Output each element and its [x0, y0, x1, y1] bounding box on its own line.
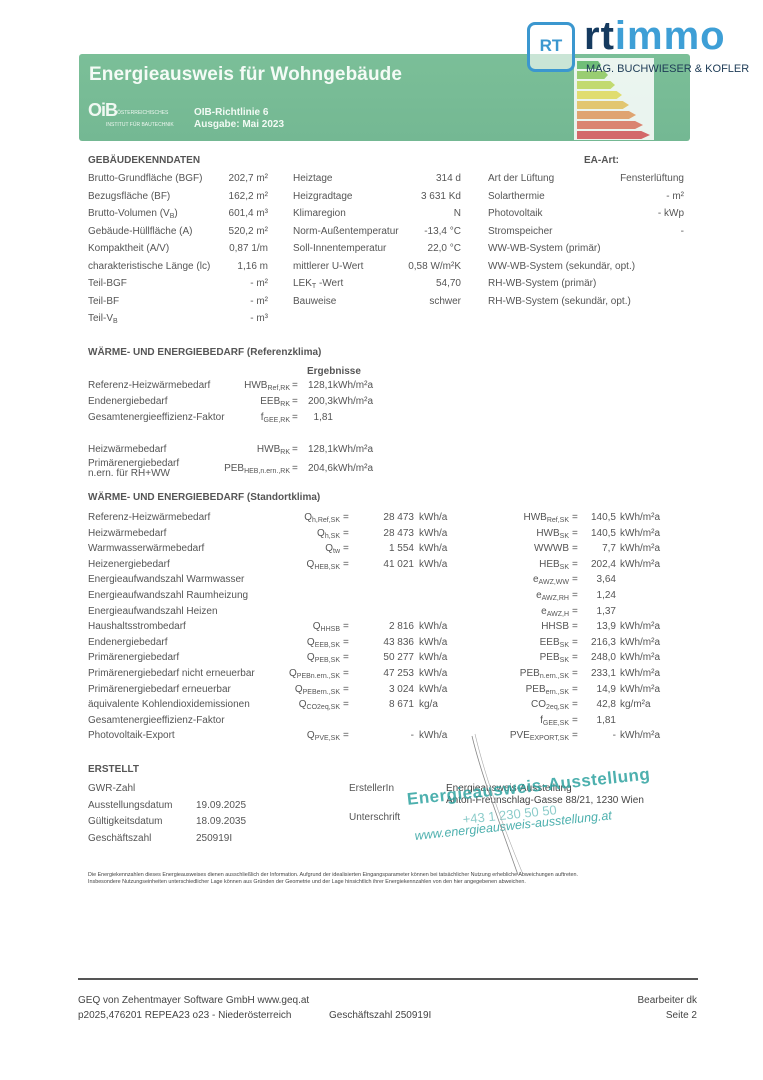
- data-value: 3 631 Kd: [421, 188, 461, 206]
- s-value: 13,9: [597, 619, 616, 635]
- footer-page: Seite 2: [666, 1010, 697, 1021]
- data-value: schwer: [429, 293, 461, 311]
- q-value: 28 473: [383, 526, 414, 542]
- gebaeudekenndaten-col2: Heiztage314 dHeizgradtage3 631 KdKlimare…: [293, 170, 461, 310]
- data-value: 520,2 m²: [229, 223, 268, 241]
- erstellt-row: Ausstellungsdatum19.09.2025: [88, 798, 288, 815]
- section-heading-erstellt: ERSTELLT: [88, 764, 139, 775]
- document-title: Energieausweis für Wohngebäude: [89, 64, 402, 86]
- data-label: RH-WB-System (sekundär, opt.): [488, 293, 631, 311]
- data-row: Norm-Außentemperatur-13,4 °C: [293, 223, 461, 241]
- erstellt-value: 18.09.2035: [196, 814, 246, 831]
- data-row: RH-WB-System (primär): [488, 275, 684, 293]
- standort-label: Energieaufwandszahl Warmwasser: [88, 572, 244, 588]
- data-label: Photovoltaik: [488, 205, 542, 223]
- oib-institute-line2: Institut für Bautechnik: [106, 122, 174, 128]
- data-row: Heizgradtage3 631 Kd: [293, 188, 461, 206]
- data-value: 0,58 W/m²K: [408, 258, 461, 276]
- section-heading-gebaeudekenndaten: GEBÄUDEKENNDATEN: [88, 155, 200, 166]
- s-value: 140,5: [591, 510, 616, 526]
- s-value: 216,3: [591, 635, 616, 651]
- data-row: RH-WB-System (sekundär, opt.): [488, 293, 684, 311]
- result-value: 1,81: [314, 410, 333, 426]
- footer-case-number: Geschäftszahl 250919I: [329, 1010, 431, 1021]
- q-value: 1 554: [389, 541, 414, 557]
- standort-row: Energieaufwandszahl RaumheizungeAWZ,RH=1…: [88, 588, 658, 604]
- gebaeudekenndaten-col3: Art der LüftungFensterlüftungSolarthermi…: [488, 170, 684, 310]
- s-symbol: WWWB: [534, 541, 569, 557]
- data-value: 54,70: [436, 275, 461, 293]
- result-unit: kWh/m²a: [333, 378, 373, 394]
- result-row: Referenz-HeizwärmebedarfHWBRef,RK=128,1k…: [88, 378, 388, 394]
- data-label: Art der Lüftung: [488, 170, 554, 188]
- erstellt-label: Ausstellungsdatum: [88, 798, 173, 815]
- energy-scale-bar: [577, 111, 636, 119]
- equals: =: [572, 526, 578, 542]
- result-row: Gesamtenergieeffizienz-FaktorfGEE,RK=1,8…: [88, 410, 388, 426]
- q-unit: kWh/a: [419, 557, 447, 573]
- standort-row: HeizenergiebedarfQHEB,SK=41 021kWh/aHEBS…: [88, 557, 658, 573]
- equals: =: [572, 510, 578, 526]
- data-row: Kompaktheit (A/V)0,87 1/m: [88, 240, 268, 258]
- q-unit: kWh/a: [419, 619, 447, 635]
- data-label: Heizgradtage: [293, 188, 352, 206]
- result-value: 128,1: [308, 442, 333, 458]
- equals: =: [572, 604, 578, 620]
- result-label: Gesamtenergieeffizienz-Faktor: [88, 410, 225, 426]
- equals: =: [292, 461, 298, 477]
- s-value: 42,8: [597, 697, 616, 713]
- standort-row: äquivalente KohlendioxidemissionenQCO2eq…: [88, 697, 658, 713]
- s-value: 1,24: [597, 588, 616, 604]
- standort-row: Primärenergiebedarf nicht erneuerbarQPEB…: [88, 666, 658, 682]
- result-unit: kWh/m²a: [333, 442, 373, 458]
- data-value: - m²: [250, 275, 268, 293]
- result-value: 128,1: [308, 378, 333, 394]
- guideline: OIB-Richtlinie 6: [194, 107, 284, 119]
- s-value: 3,64: [597, 572, 616, 588]
- result-value: 204,6: [308, 461, 333, 477]
- s-value: 202,4: [591, 557, 616, 573]
- data-label: Kompaktheit (A/V): [88, 240, 169, 258]
- data-label: Stromspeicher: [488, 223, 552, 241]
- equals: =: [343, 728, 349, 744]
- data-value: - kWp: [658, 205, 684, 223]
- brand-subtitle: MAG. BUCHWIESER & KOFLER: [586, 63, 749, 75]
- s-unit: kg/m²a: [620, 697, 651, 713]
- standort-row: Photovoltaik-ExportQPVE,SK=-kWh/aPVEEXPO…: [88, 728, 658, 744]
- equals: =: [292, 378, 298, 394]
- standort-label: Endenergiebedarf: [88, 635, 168, 651]
- q-value: -: [411, 728, 414, 744]
- s-unit: kWh/m²a: [620, 728, 660, 744]
- ea-art-label: EA-Art:: [584, 155, 619, 166]
- equals: =: [572, 619, 578, 635]
- erstellt-row: Gültigkeitsdatum18.09.2035: [88, 814, 288, 831]
- erstellt-value: 250919I: [196, 831, 232, 848]
- standort-row: Gesamtenergieeffizienz-FaktorfGEE,SK=1,8…: [88, 713, 658, 729]
- data-value: 162,2 m²: [229, 188, 268, 206]
- data-row: LEKT -Wert54,70: [293, 275, 461, 293]
- signature-stroke-icon: [470, 730, 530, 880]
- q-unit: kg/a: [419, 697, 438, 713]
- result-symbol: PEBHEB,n.ern.,RK: [224, 461, 290, 480]
- data-row: WW-WB-System (primär): [488, 240, 684, 258]
- data-label: RH-WB-System (primär): [488, 275, 596, 293]
- erstellt-label: GWR-Zahl: [88, 781, 135, 798]
- result-value: 200,3: [308, 394, 333, 410]
- equals: =: [343, 510, 349, 526]
- data-label: mittlerer U-Wert: [293, 258, 363, 276]
- data-row: Teil-VB- m³: [88, 310, 268, 328]
- s-unit: kWh/m²a: [620, 635, 660, 651]
- data-label: Brutto-Grundfläche (BGF): [88, 170, 202, 188]
- equals: =: [292, 442, 298, 458]
- equals: =: [343, 541, 349, 557]
- q-value: 8 671: [389, 697, 414, 713]
- result-label-line2: n.ern. für RH+WW: [88, 469, 179, 479]
- standort-label: Energieaufwandszahl Raumheizung: [88, 588, 248, 604]
- energy-scale-bar: [577, 131, 650, 139]
- erstellt-value: 19.09.2025: [196, 798, 246, 815]
- footer-project: p2025,476201 REPEA23 o23 - Niederösterre…: [78, 1010, 291, 1021]
- q-unit: kWh/a: [419, 728, 447, 744]
- equals: =: [343, 682, 349, 698]
- result-unit: kWh/m²a: [333, 461, 373, 477]
- standort-label: Haushaltsstrombedarf: [88, 619, 186, 635]
- data-row: Bezugsfläche (BF)162,2 m²: [88, 188, 268, 206]
- data-row: Heiztage314 d: [293, 170, 461, 188]
- data-row: Brutto-Grundfläche (BGF)202,7 m²: [88, 170, 268, 188]
- energy-scale-bar: [577, 101, 629, 109]
- footer-divider: [78, 978, 698, 980]
- disclaimer-line1: Die Energiekennzahlen dieses Energieausw…: [88, 872, 578, 879]
- brand-name: rtimmo: [584, 14, 726, 59]
- standort-row: Energieaufwandszahl HeizeneAWZ,H=1,37: [88, 604, 658, 620]
- s-unit: kWh/m²a: [620, 541, 660, 557]
- q-value: 47 253: [383, 666, 414, 682]
- equals: =: [572, 682, 578, 698]
- creator-label: ErstellerIn: [349, 783, 394, 794]
- result-label: Referenz-Heizwärmebedarf: [88, 378, 210, 394]
- result-row: HeizwärmebedarfHWBRK=128,1kWh/m²a: [88, 442, 388, 458]
- standort-label: Primärenergiebedarf nicht erneuerbar: [88, 666, 255, 682]
- data-value: 601,4 m³: [229, 205, 268, 223]
- data-row: Gebäude-Hüllfläche (A)520,2 m²: [88, 223, 268, 241]
- erstellt-row: Geschäftszahl250919I: [88, 831, 288, 848]
- equals: =: [572, 635, 578, 651]
- s-value: 1,81: [597, 713, 616, 729]
- q-value: 3 024: [389, 682, 414, 698]
- data-row: Bauweiseschwer: [293, 293, 461, 311]
- data-value: - m³: [250, 310, 268, 328]
- s-unit: kWh/m²a: [620, 650, 660, 666]
- standort-row: WarmwasserwärmebedarfQtw=1 554kWh/aWWWB=…: [88, 541, 658, 557]
- result-row: EndenergiebedarfEEBRK=200,3kWh/m²a: [88, 394, 388, 410]
- erstellt-row: GWR-Zahl: [88, 781, 288, 798]
- result-label: Primärenergiebedarfn.ern. für RH+WW: [88, 459, 179, 479]
- footer-software: GEQ von Zehentmayer Software GmbH www.ge…: [78, 995, 309, 1006]
- data-label: Heiztage: [293, 170, 332, 188]
- standort-row: Energieaufwandszahl WarmwassereAWZ,WW=3,…: [88, 572, 658, 588]
- edition: Ausgabe: Mai 2023: [194, 119, 284, 131]
- data-label: Bauweise: [293, 293, 336, 311]
- data-row: Solarthermie- m²: [488, 188, 684, 206]
- data-row: KlimaregionN: [293, 205, 461, 223]
- equals: =: [572, 588, 578, 604]
- q-value: 2 816: [389, 619, 414, 635]
- energy-scale-bar: [577, 91, 622, 99]
- data-label: Bezugsfläche (BF): [88, 188, 170, 206]
- equals: =: [572, 572, 578, 588]
- data-label: Klimaregion: [293, 205, 346, 223]
- data-label: charakteristische Länge (lc): [88, 258, 210, 276]
- q-unit: kWh/a: [419, 541, 447, 557]
- data-label: Soll-Innentemperatur: [293, 240, 386, 258]
- data-value: 314 d: [436, 170, 461, 188]
- standort-row: PrimärenergiebedarfQPEB,SK=50 277kWh/aPE…: [88, 650, 658, 666]
- equals: =: [343, 557, 349, 573]
- guideline-info: OIB-Richtlinie 6 Ausgabe: Mai 2023: [194, 107, 284, 131]
- q-value: 28 473: [383, 510, 414, 526]
- result-row: Primärenergiebedarfn.ern. für RH+WWPEBHE…: [88, 461, 388, 477]
- s-value: 7,7: [602, 541, 616, 557]
- data-row: Photovoltaik- kWp: [488, 205, 684, 223]
- equals: =: [572, 541, 578, 557]
- s-unit: kWh/m²a: [620, 557, 660, 573]
- equals: =: [572, 650, 578, 666]
- s-value: 14,9: [597, 682, 616, 698]
- gebaeudekenndaten-col1: Brutto-Grundfläche (BGF)202,7 m²Bezugsfl…: [88, 170, 268, 328]
- data-label: WW-WB-System (primär): [488, 240, 601, 258]
- data-value: 1,16 m: [237, 258, 268, 276]
- signature-label: Unterschrift: [349, 812, 400, 823]
- s-unit: kWh/m²a: [620, 682, 660, 698]
- s-value: 233,1: [591, 666, 616, 682]
- standort-label: Referenz-Heizwärmebedarf: [88, 510, 210, 526]
- q-unit: kWh/a: [419, 682, 447, 698]
- equals: =: [572, 713, 578, 729]
- s-symbol: HHSB: [541, 619, 569, 635]
- standortklima-table: Referenz-HeizwärmebedarfQh,Ref,SK=28 473…: [88, 510, 658, 744]
- data-row: Soll-Innentemperatur22,0 °C: [293, 240, 461, 258]
- q-value: 41 021: [383, 557, 414, 573]
- data-label: Solarthermie: [488, 188, 545, 206]
- s-unit: kWh/m²a: [620, 510, 660, 526]
- result-symbol: HWBRK: [257, 442, 290, 461]
- section-heading-referenzklima: WÄRME- UND ENERGIEBEDARF (Referenzklima): [88, 347, 321, 358]
- standort-row: EndenergiebedarfQEEB,SK=43 836kWh/aEEBSK…: [88, 635, 658, 651]
- energy-scale-bar: [577, 81, 615, 89]
- data-row: Teil-BGF- m²: [88, 275, 268, 293]
- energy-scale-bar: [577, 121, 643, 129]
- result-label: Heizwärmebedarf: [88, 442, 166, 458]
- standort-label: Heizenergiebedarf: [88, 557, 170, 573]
- rt-logo-icon: RT: [527, 22, 575, 72]
- standort-label: Warmwasserwärmebedarf: [88, 541, 204, 557]
- s-value: 248,0: [591, 650, 616, 666]
- s-value: 140,5: [591, 526, 616, 542]
- standort-label: äquivalente Kohlendioxidemissionen: [88, 697, 250, 713]
- result-label: Endenergiebedarf: [88, 394, 168, 410]
- data-row: WW-WB-System (sekundär, opt.): [488, 258, 684, 276]
- standort-label: Energieaufwandszahl Heizen: [88, 604, 218, 620]
- results-heading: Ergebnisse: [307, 366, 361, 377]
- erstellt-table: GWR-ZahlAusstellungsdatum19.09.2025Gülti…: [88, 781, 288, 847]
- s-value: 1,37: [597, 604, 616, 620]
- data-value: -13,4 °C: [424, 223, 461, 241]
- data-row: mittlerer U-Wert0,58 W/m²K: [293, 258, 461, 276]
- q-unit: kWh/a: [419, 650, 447, 666]
- q-unit: kWh/a: [419, 526, 447, 542]
- data-value: 202,7 m²: [229, 170, 268, 188]
- data-label: Gebäude-Hüllfläche (A): [88, 223, 193, 241]
- s-unit: kWh/m²a: [620, 619, 660, 635]
- equals: =: [292, 410, 298, 426]
- equals: =: [343, 526, 349, 542]
- standort-row: Referenz-HeizwärmebedarfQh,Ref,SK=28 473…: [88, 510, 658, 526]
- q-unit: kWh/a: [419, 635, 447, 651]
- data-label: Norm-Außentemperatur: [293, 223, 399, 241]
- footer-editor: Bearbeiter dk: [638, 995, 697, 1006]
- disclaimer-line2: Insbesondere Nutzungseinheiten unterschi…: [88, 879, 526, 886]
- data-value: Fensterlüftung: [620, 170, 684, 188]
- equals: =: [572, 557, 578, 573]
- standort-row: HaushaltsstrombedarfQHHSB=2 816kWh/aHHSB…: [88, 619, 658, 635]
- data-value: N: [454, 205, 461, 223]
- equals: =: [343, 697, 349, 713]
- standort-label: Primärenergiebedarf erneuerbar: [88, 682, 231, 698]
- q-value: 43 836: [383, 635, 414, 651]
- q-unit: kWh/a: [419, 510, 447, 526]
- data-value: 0,87 1/m: [229, 240, 268, 258]
- q-value: 50 277: [383, 650, 414, 666]
- standort-label: Photovoltaik-Export: [88, 728, 175, 744]
- equals: =: [343, 666, 349, 682]
- data-label: WW-WB-System (sekundär, opt.): [488, 258, 635, 276]
- equals: =: [572, 697, 578, 713]
- equals: =: [343, 619, 349, 635]
- equals: =: [343, 650, 349, 666]
- q-unit: kWh/a: [419, 666, 447, 682]
- data-row: Art der LüftungFensterlüftung: [488, 170, 684, 188]
- data-row: Brutto-Volumen (VB)601,4 m³: [88, 205, 268, 223]
- data-value: - m²: [666, 188, 684, 206]
- s-value: -: [613, 728, 616, 744]
- data-row: Stromspeicher-: [488, 223, 684, 241]
- section-heading-standortklima: WÄRME- UND ENERGIEBEDARF (Standortklima): [88, 492, 320, 503]
- oib-institute-line1: Österreichisches: [117, 110, 168, 116]
- erstellt-label: Geschäftszahl: [88, 831, 151, 848]
- equals: =: [292, 394, 298, 410]
- result-unit: kWh/m²a: [333, 394, 373, 410]
- s-unit: kWh/m²a: [620, 526, 660, 542]
- s-unit: kWh/m²a: [620, 666, 660, 682]
- data-value: -: [681, 223, 684, 241]
- erstellt-label: Gültigkeitsdatum: [88, 814, 162, 831]
- equals: =: [572, 666, 578, 682]
- q-symbol: QPVE,SK: [307, 728, 340, 747]
- equals: =: [343, 635, 349, 651]
- standort-label: Primärenergiebedarf: [88, 650, 179, 666]
- standort-label: Gesamtenergieeffizienz-Faktor: [88, 713, 225, 729]
- data-label: Teil-VB: [88, 310, 118, 331]
- oib-logo: OiB: [88, 100, 117, 121]
- data-value: 22,0 °C: [428, 240, 461, 258]
- data-label: Teil-BGF: [88, 275, 127, 293]
- data-row: Teil-BF- m²: [88, 293, 268, 311]
- standort-row: Primärenergiebedarf erneuerbarQPEBern.,S…: [88, 682, 658, 698]
- result-symbol: fGEE,RK: [261, 410, 290, 429]
- data-label: Teil-BF: [88, 293, 119, 311]
- standort-label: Heizwärmebedarf: [88, 526, 166, 542]
- data-value: - m²: [250, 293, 268, 311]
- equals: =: [572, 728, 578, 744]
- data-row: charakteristische Länge (lc)1,16 m: [88, 258, 268, 276]
- standort-row: HeizwärmebedarfQh,SK=28 473kWh/aHWBSK=14…: [88, 526, 658, 542]
